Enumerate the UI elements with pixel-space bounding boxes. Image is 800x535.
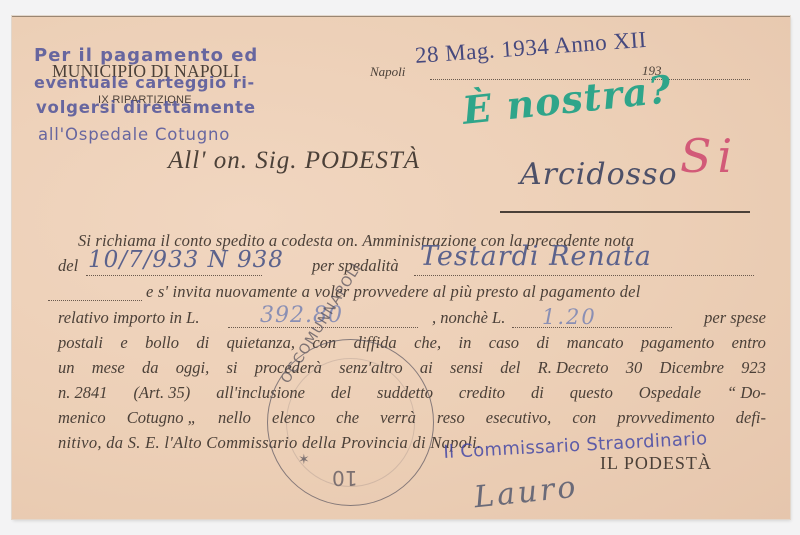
body-word: un [58, 358, 75, 378]
date-stamp: 28 Mag. 1934 Anno XII [414, 27, 647, 69]
recipient-town: Arcidosso [520, 157, 678, 192]
hospital-stamp-line: volgersi direttamente [36, 98, 256, 117]
body-word: mese [92, 358, 125, 378]
body-word: postali [58, 333, 103, 353]
nota-date-handwritten: 10/7/933 N 938 [88, 247, 284, 273]
body-word: si [226, 358, 237, 378]
nota-dotted-line [86, 275, 262, 276]
body-text: del [58, 256, 78, 275]
body-word: oggi, [176, 358, 209, 378]
postmark-circle: OCCOMUNNAPOLI 10 ✶ [267, 339, 434, 506]
body-line-5: postaliebollodiquietanza,condiffidache,i… [58, 333, 766, 353]
body-word: del [500, 358, 520, 378]
body-word: di [196, 333, 209, 353]
body-line-3: e s' invita nuovamente a voler provveder… [146, 282, 766, 302]
body-word: mancato [567, 333, 624, 353]
body-word: con [572, 408, 596, 428]
body-line-4: relativo importo in L. , nonchè L. per s… [58, 308, 766, 328]
body-word: R. Decreto [538, 358, 609, 378]
body-word: da [142, 358, 159, 378]
signature: Lauro [472, 470, 580, 516]
body-word: quietanza, [227, 333, 295, 353]
postmark-star-icon: ✶ [298, 452, 310, 469]
body-word: reso [437, 408, 465, 428]
body-word: pagamento [641, 333, 714, 353]
body-word: defi- [736, 408, 766, 428]
body-word: che, [414, 333, 441, 353]
fee-handwritten: 1.20 [542, 305, 597, 329]
body-word: Ospedale [639, 383, 701, 403]
postcard: MUNICIPIO DI NAPOLI IX RIPARTIZIONE Per … [12, 16, 790, 519]
place-label: Napoli [370, 64, 405, 80]
addressee-line: All' on. Sig. PODESTÀ [168, 147, 420, 175]
body-word: credito [459, 383, 505, 403]
hospital-stamp-line: Per il pagamento ed [34, 45, 258, 66]
body-word: 30 [626, 358, 643, 378]
red-handwritten-note: Si [680, 129, 738, 183]
body-word: esecutivo, [486, 408, 552, 428]
body-word: sensi [450, 358, 483, 378]
body-word: ai [420, 358, 433, 378]
body-word: in [459, 333, 472, 353]
line3-dotted [48, 300, 142, 301]
hospital-stamp-line: all'Ospedale Cotugno [38, 125, 230, 144]
podesta-closing: IL PODESTÀ [600, 453, 712, 474]
patient-dotted-line [414, 275, 754, 276]
body-word: di [531, 383, 544, 403]
hospital-stamp-line: eventuale carteggio ri- [34, 73, 255, 92]
body-text: per spese [704, 308, 766, 328]
body-text: , nonchè L. [432, 308, 505, 328]
patient-name-handwritten: Testardi Renata [420, 241, 652, 272]
body-word: caso [489, 333, 519, 353]
body-text: relativo importo in L. [58, 308, 199, 327]
recipient-underline [500, 211, 750, 213]
body-word: provvedimento [617, 408, 714, 428]
body-word: Dicembre [659, 358, 723, 378]
body-word: di [536, 333, 549, 353]
body-word: nello [218, 408, 251, 428]
body-word: questo [570, 383, 613, 403]
postmark-bottom-number: 10 [332, 466, 357, 490]
body-word: 923 [741, 358, 766, 378]
body-word: “ Do- [727, 383, 766, 403]
body-word: Cotugno „ [127, 408, 197, 428]
body-word: entro [732, 333, 766, 353]
body-word: menico [58, 408, 106, 428]
body-word: (Art. 35) [133, 383, 190, 403]
body-text: e s' invita nuovamente a voler provveder… [146, 282, 640, 301]
body-word: n. 2841 [58, 383, 108, 403]
body-word: bollo [145, 333, 179, 353]
green-handwritten-note: È nostra? [460, 66, 674, 133]
body-word: e [120, 333, 127, 353]
